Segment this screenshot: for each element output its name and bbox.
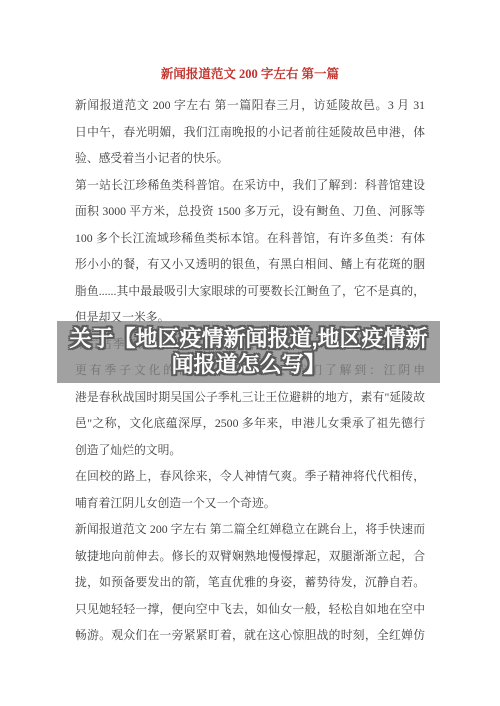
- text-line: 形小小的餐，有又小又透明的银鱼，有黑白相间、鳍上有花斑的胭: [75, 251, 425, 278]
- paragraph: 新闻报道范文 200 字左右 第一篇阳春三月，访延陵故邑。3 月 31 日中午，…: [75, 92, 425, 172]
- article-title: 新闻报道范文 200 字左右 第一篇: [75, 61, 425, 88]
- watermark-text-line: 关于【地区疫情新闻报道,地区疫情新: [69, 326, 427, 352]
- text-line: 第一站长江珍稀鱼类科普馆。在采访中，我们了解到：科普馆建设: [75, 172, 425, 199]
- text-line: 100 多个长江流域珍稀鱼类标本馆。在科普馆，有许多鱼类：有体: [75, 225, 425, 252]
- text-line: 创造了灿烂的文明。: [75, 437, 425, 464]
- text-line: 面积 3000 平方米，总投资 1500 多万元，设有鲥鱼、刀鱼、河豚等: [75, 198, 425, 225]
- text-line: 畅游。观众们在一旁紧紧盯着，就在这心惊胆战的时刻，全红婵仿: [75, 622, 425, 649]
- watermark-banner: 关于【地区疫情新闻报道,地区疫情新 闻报道怎么写】: [57, 321, 440, 383]
- page: { "page": { "background_color": "#ffffff…: [0, 0, 500, 706]
- text-line: 日中午，春光明媚，我们江南晚报的小记者前往延陵故邑申港，体: [75, 119, 425, 146]
- text-line: 拢，如预备要发出的箭，笔直优雅的身姿，蓄势待发，沉静自若。: [75, 569, 425, 596]
- paragraph: 在回校的路上，春风徐来，令人神情气爽。季子精神将代代相传， 哺育着江阴儿女创造一…: [75, 463, 425, 516]
- paragraph: 第一站长江珍稀鱼类科普馆。在采访中，我们了解到：科普馆建设 面积 3000 平方…: [75, 172, 425, 331]
- text-line: 只见她轻轻一撑，便向空中飞去，如仙女一般，轻松自如地在空中: [75, 596, 425, 623]
- text-line: 邑"之称，文化底蕴深厚，2500 多年来，申港儿女秉承了祖先德行: [75, 410, 425, 437]
- watermark-text-line: 闻报道怎么写】: [171, 352, 325, 378]
- text-line: 验、感受着当小记者的快乐。: [75, 145, 425, 172]
- text-line: 新闻报道范文 200 字左右 第二篇全红婵稳立在跳台上，将手快速而: [75, 516, 425, 543]
- text-line: 哺育着江阴儿女创造一个又一个奇迹。: [75, 490, 425, 517]
- text-line: 港是春秋战国时期吴国公子季札三让王位避耕的地方，素有"延陵故: [75, 384, 425, 411]
- text-line: 脂鱼......其中最最吸引大家眼球的可要数长江鲥鱼了，它不是真的，: [75, 278, 425, 305]
- paragraph: 新闻报道范文 200 字左右 第二篇全红婵稳立在跳台上，将手快速而 敏捷地向前伸…: [75, 516, 425, 649]
- text-line: 新闻报道范文 200 字左右 第一篇阳春三月，访延陵故邑。3 月 31: [75, 92, 425, 119]
- text-line: 敏捷地向前伸去。修长的双臂娴熟地慢慢撑起，双腿渐渐立起，合: [75, 543, 425, 570]
- text-line: 在回校的路上，春风徐来，令人神情气爽。季子精神将代代相传，: [75, 463, 425, 490]
